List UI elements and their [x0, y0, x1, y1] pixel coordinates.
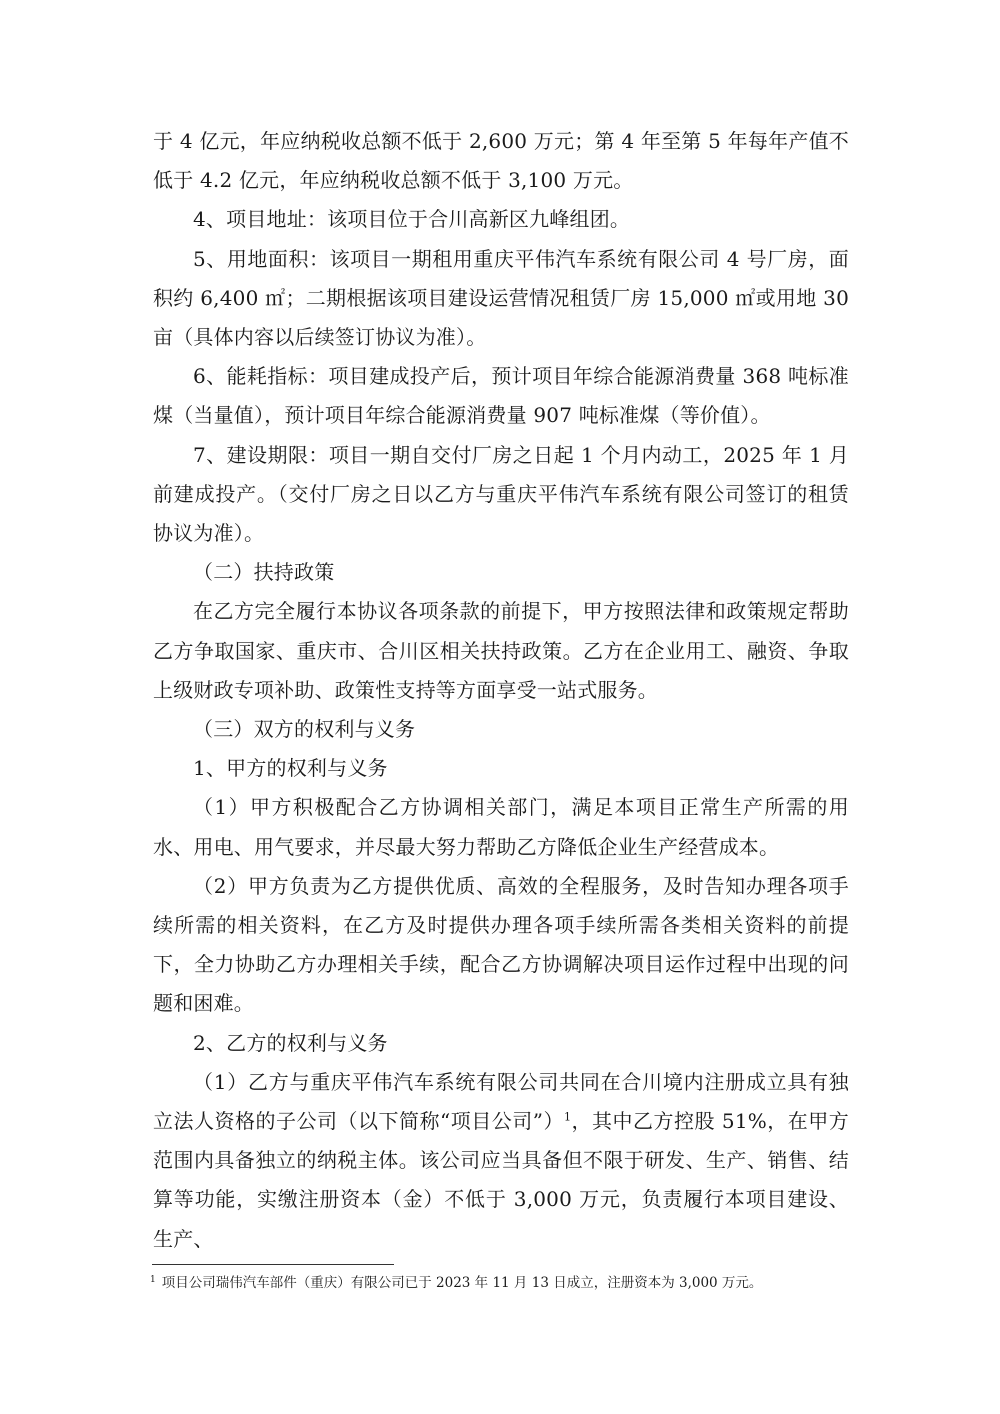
paragraph-party-b-item-1: （1）乙方与重庆平伟汽车系统有限公司共同在合川境内注册成立具有独立法人资格的子公… — [153, 1063, 849, 1259]
document-body: 于 4 亿元，年应纳税收总额不低于 2,600 万元；第 4 年至第 5 年每年… — [153, 122, 849, 1259]
footnote: 1项目公司瑞伟汽车部件（重庆）有限公司已于 2023 年 11 月 13 日成立… — [150, 1272, 850, 1294]
paragraph-project-address: 4、项目地址：该项目位于合川高新区九峰组团。 — [153, 200, 849, 239]
footnote-text: 项目公司瑞伟汽车部件（重庆）有限公司已于 2023 年 11 月 13 日成立，… — [162, 1275, 763, 1291]
paragraph-construction-period: 7、建设期限：项目一期自交付厂房之日起 1 个月内动工，2025 年 1 月前建… — [153, 436, 849, 554]
paragraph-land-area: 5、用地面积：该项目一期租用重庆平伟汽车系统有限公司 4 号厂房，面积约 6,4… — [153, 240, 849, 358]
heading-party-b-rights: 2、乙方的权利与义务 — [153, 1024, 849, 1063]
paragraph-support-policy: 在乙方完全履行本协议各项条款的前提下，甲方按照法律和政策规定帮助乙方争取国家、重… — [153, 592, 849, 710]
heading-party-a-rights: 1、甲方的权利与义务 — [153, 749, 849, 788]
footnote-mark: 1 — [150, 1275, 156, 1285]
footnote-separator — [152, 1264, 394, 1265]
heading-support-policy: （二）扶持政策 — [153, 553, 849, 592]
heading-rights-obligations: （三）双方的权利与义务 — [153, 710, 849, 749]
paragraph-tax-continued: 于 4 亿元，年应纳税收总额不低于 2,600 万元；第 4 年至第 5 年每年… — [153, 122, 849, 200]
paragraph-energy-indicators: 6、能耗指标：项目建成投产后，预计项目年综合能源消费量 368 吨标准煤（当量值… — [153, 357, 849, 435]
paragraph-party-a-item-1: （1）甲方积极配合乙方协调相关部门，满足本项目正常生产所需的用水、用电、用气要求… — [153, 788, 849, 866]
paragraph-party-a-item-2: （2）甲方负责为乙方提供优质、高效的全程服务，及时告知办理各项手续所需的相关资料… — [153, 867, 849, 1024]
